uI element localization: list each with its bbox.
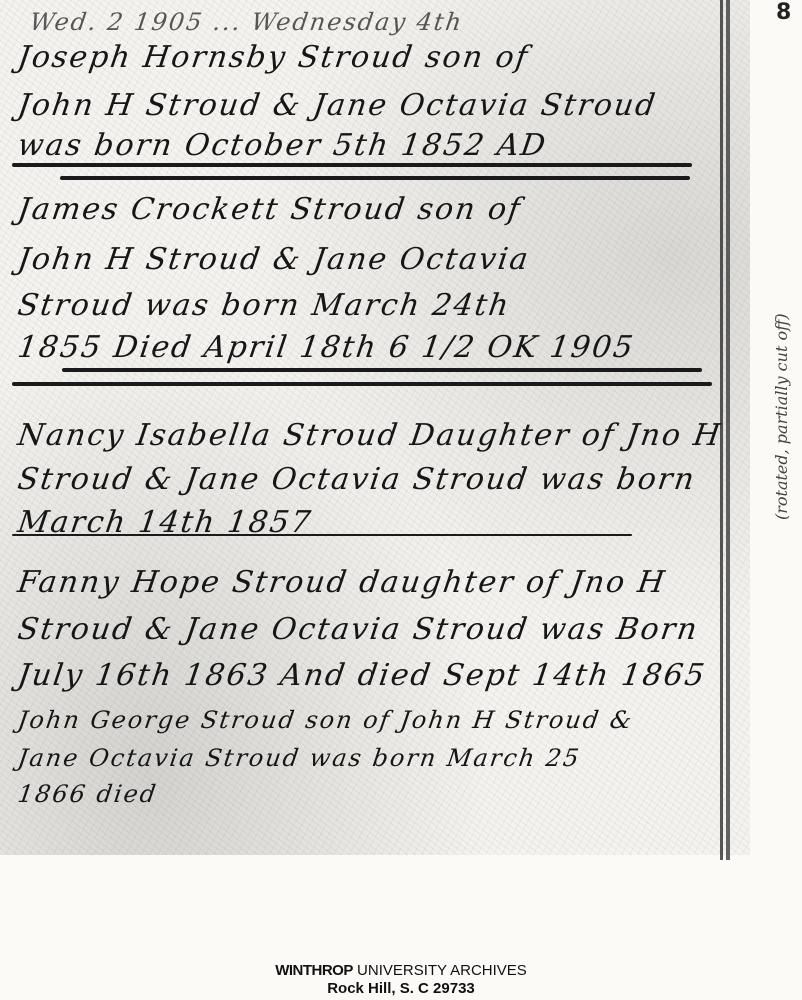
- archive-stamp-line-1: WINTHROP UNIVERSITY ARCHIVES: [0, 962, 802, 979]
- entry-1-line-3: was born October 5th 1852 AD: [16, 128, 550, 163]
- separator-rule: [12, 382, 712, 386]
- archive-stamp-line-2: Rock Hill, S. C 29733: [0, 980, 802, 997]
- entry-5-line-2: Jane Octavia Stroud was born March 25: [16, 744, 582, 772]
- entry-4-line-2: Stroud & Jane Octavia Stroud was Born: [16, 612, 701, 647]
- entry-3-line-2: Stroud & Jane Octavia Stroud was born: [16, 462, 699, 497]
- margin-note: (rotated, partially cut off): [772, 220, 791, 520]
- entry-5-line-1: John George Stroud son of John H Stroud …: [16, 706, 635, 734]
- entry-1-line-2: John H Stroud & Jane Octavia Stroud: [16, 88, 660, 123]
- separator-rule: [62, 368, 702, 372]
- separator-rule: [12, 163, 692, 167]
- archive-brand: WINTHROP: [275, 962, 353, 979]
- page-number: 8: [776, 0, 791, 25]
- separator-rule: [60, 176, 690, 180]
- entry-4-line-3: July 16th 1863 And died Sept 14th 1865: [16, 658, 709, 693]
- entry-4-line-1: Fanny Hope Stroud daughter of Jno H: [16, 565, 669, 600]
- entry-2-line-3: Stroud was born March 24th: [16, 288, 513, 323]
- header-fragment: Wed. 2 1905 ... Wednesday 4th: [28, 8, 465, 36]
- entry-2-line-2: John H Stroud & Jane Octavia: [16, 242, 532, 277]
- entry-2-line-4: 1855 Died April 18th 6 1/2 OK 1905: [16, 330, 637, 365]
- separator-rule: [12, 534, 632, 536]
- scanned-page: Wed. 2 1905 ... Wednesday 4th Joseph Hor…: [0, 0, 750, 855]
- entry-2-line-1: James Crockett Stroud son of: [16, 192, 524, 227]
- entry-5-line-3: 1866 died: [16, 780, 159, 808]
- archive-name: UNIVERSITY ARCHIVES: [353, 962, 527, 979]
- entry-1-line-1: Joseph Hornsby Stroud son of: [16, 40, 532, 75]
- entry-3-line-1: Nancy Isabella Stroud Daughter of Jno H: [16, 418, 725, 453]
